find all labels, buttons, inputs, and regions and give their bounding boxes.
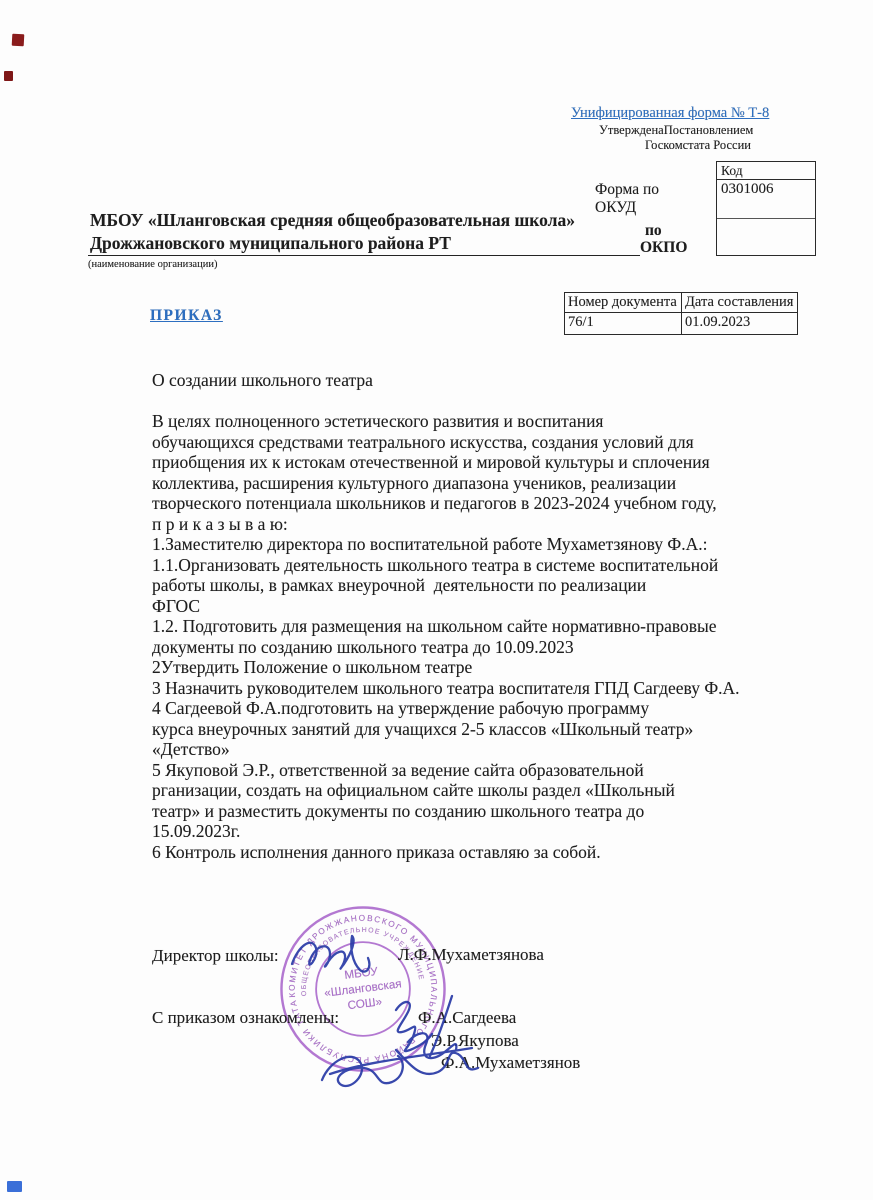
code-header-cell: Код (717, 162, 815, 180)
body-line: 1.2. Подготовить для размещения на школь… (152, 616, 812, 637)
ack-name-sagdeeva: Ф.А.Сагдеева (418, 1008, 516, 1028)
doc-number-value: 76/1 (565, 313, 682, 334)
organization-name-line2: Дрожжановского муниципального района РТ (90, 233, 451, 254)
body-line: ФГОС (152, 596, 812, 617)
stamp-center-line3: СОШ» (347, 995, 383, 1012)
body-line: обучающихся средствами театрального иску… (152, 432, 812, 453)
organization-caption: (наименование организации) (88, 259, 217, 270)
order-title-link[interactable]: ПРИКАЗ (150, 307, 223, 325)
body-line: 1.1.Организовать деятельность школьного … (152, 555, 812, 576)
goskomstat-text: Госкомстата России (645, 138, 751, 153)
acknowledged-label: С приказом ознакомлены: (152, 1008, 339, 1028)
organization-underline (88, 255, 640, 256)
body-line: 2Утвердить Положение о школьном театре (152, 657, 812, 678)
doc-date-header: Дата составления (682, 293, 797, 313)
order-body-text: В целях полноценного эстетического разви… (152, 411, 812, 862)
body-line: работы школы, в рамках внеурочной деятел… (152, 575, 812, 596)
scan-artifact-blue-corner (7, 1181, 22, 1192)
okud-code-cell: 0301006 (717, 180, 815, 219)
scan-artifact-red-top (12, 34, 25, 47)
body-line: рганизации, создать на официальном сайте… (152, 780, 812, 801)
ack-name-yakupova: Э.Р.Якупова (431, 1031, 519, 1051)
body-line: курса внеурочных занятий для учащихся 2-… (152, 719, 812, 740)
doc-date-value: 01.09.2023 (682, 313, 797, 334)
body-line: документы по созданию школьного театра д… (152, 637, 812, 658)
body-line: 6 Контроль исполнения данного приказа ос… (152, 842, 812, 863)
body-line: 4 Сагдеевой Ф.А.подготовить на утвержден… (152, 698, 812, 719)
stamp-center-line1: МБОУ (344, 965, 379, 982)
forma-po-okud-label: Форма по ОКУД (595, 181, 685, 217)
body-line: 1.Заместителю директора по воспитательно… (152, 534, 812, 555)
code-table: Код 0301006 (716, 161, 816, 256)
okpo-code-cell (717, 219, 815, 255)
body-line: 3 Назначить руководителем школьного теат… (152, 678, 812, 699)
okpo-label: ОКПО (640, 239, 687, 257)
scan-artifact-red-bottom (4, 71, 13, 81)
order-number-table: Номер документа Дата составления 76/1 01… (564, 292, 798, 335)
organization-name-line1: МБОУ «Шланговская средняя общеобразовате… (90, 210, 575, 231)
po-label: по (645, 222, 662, 240)
body-line: творческого потенциала школьников и педа… (152, 493, 812, 514)
body-line: театр» и разместить документы по создани… (152, 801, 812, 822)
body-line: п р и к а з ы в а ю: (152, 514, 812, 535)
body-line: В целях полноценного эстетического разви… (152, 411, 812, 432)
director-label: Директор школы: (152, 946, 279, 966)
unified-form-link[interactable]: Унифицированная форма № Т-8 (571, 105, 769, 122)
body-line: «Детство» (152, 739, 812, 760)
doc-number-header: Номер документа (565, 293, 682, 313)
approved-by-resolution-text: УтвержденаПостановлением (599, 123, 753, 138)
body-line: приобщения их к истокам отечественной и … (152, 452, 812, 473)
body-line: 5 Якуповой Э.Р., ответственной за ведени… (152, 760, 812, 781)
forma-po-line: Форма по (595, 181, 685, 199)
okud-line: ОКУД (595, 199, 685, 217)
director-name: Л.Ф.Мухаметзянова (398, 945, 544, 965)
scanned-order-document: Унифицированная форма № Т-8 УтвержденаПо… (0, 0, 873, 1200)
body-line: коллектива, расширения культурного диапа… (152, 473, 812, 494)
body-line: 15.09.2023г. (152, 821, 812, 842)
order-subject: О создании школьного театра (152, 370, 373, 391)
ack-name-mukhametzyanov: Ф.А.Мухаметзянов (441, 1053, 580, 1073)
